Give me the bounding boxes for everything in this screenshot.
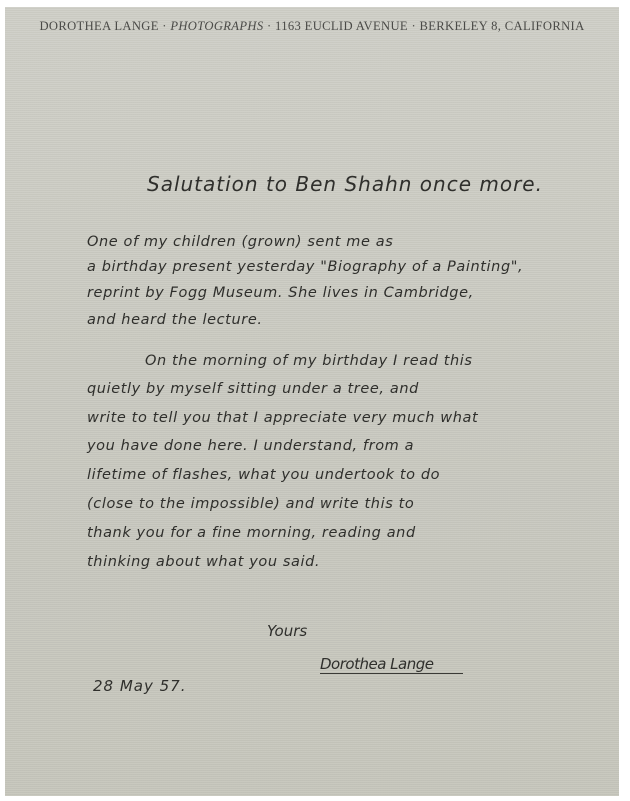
letter-line: a birthday present yesterday "Biography …	[87, 259, 523, 275]
letter-line: thinking about what you said.	[87, 554, 320, 570]
letter-line: One of my children (grown) sent me as	[87, 234, 393, 250]
letter-line: and heard the lecture.	[87, 312, 263, 328]
salutation: Salutation to Ben Shahn once more.	[147, 172, 543, 196]
letter-line: (close to the impossible) and write this…	[87, 496, 414, 512]
letter-line: On the morning of my birthday I read thi…	[145, 353, 473, 369]
letterhead-separator: ·	[267, 19, 272, 33]
signature: Dorothea Lange	[320, 655, 463, 674]
letter-date: 28 May 57.	[93, 677, 187, 695]
letterhead-address: 1163 EUCLID AVENUE	[275, 19, 408, 33]
letterhead-name: DOROTHEA LANGE	[39, 19, 158, 33]
letter-line: reprint by Fogg Museum. She lives in Cam…	[87, 285, 474, 301]
closing: Yours	[267, 622, 307, 640]
letter-line: thank you for a fine morning, reading an…	[87, 525, 416, 541]
letter-line: you have done here. I understand, from a	[87, 438, 414, 454]
letterhead-separator: ·	[162, 19, 167, 33]
letter-line: write to tell you that I appreciate very…	[87, 410, 478, 426]
letterhead-city: BERKELEY 8, CALIFORNIA	[420, 19, 585, 33]
letter-paper: DOROTHEA LANGE · PHOTOGRAPHS · 1163 EUCL…	[5, 7, 619, 796]
letterhead-separator: ·	[411, 19, 416, 33]
letterhead: DOROTHEA LANGE · PHOTOGRAPHS · 1163 EUCL…	[5, 19, 619, 34]
letter-line: lifetime of flashes, what you undertook …	[87, 467, 440, 483]
letterhead-title: PHOTOGRAPHS	[170, 19, 263, 33]
letter-line: quietly by myself sitting under a tree, …	[87, 381, 419, 397]
